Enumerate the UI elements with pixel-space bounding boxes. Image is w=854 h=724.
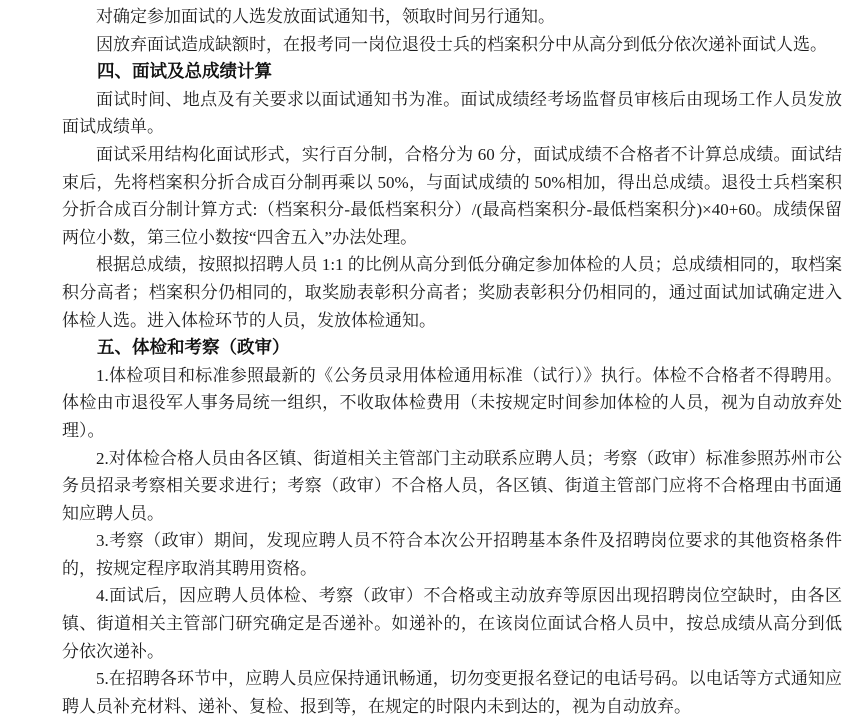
paragraph: 面试时间、地点及有关要求以面试通知书为准。面试成绩经考场监督员审核后由现场工作人… <box>62 86 842 141</box>
section-heading-physical-exam: 五、体检和考察（政审） <box>62 334 842 362</box>
paragraph: 3.考察（政审）期间，发现应聘人员不符合本次公开招聘基本条件及招聘岗位要求的其他… <box>62 527 842 582</box>
paragraph: 1.体检项目和标准参照最新的《公务员录用体检通用标准（试行）》执行。体检不合格者… <box>62 362 842 445</box>
document-page: 对确定参加面试的人选发放面试通知书，领取时间另行通知。 因放弃面试造成缺额时，在… <box>0 0 854 724</box>
paragraph: 2.对体检合格人员由各区镇、街道相关主管部门主动联系应聘人员；考察（政审）标准参… <box>62 445 842 528</box>
paragraph: 面试采用结构化面试形式，实行百分制，合格分为 60 分，面试成绩不合格者不计算总… <box>62 141 842 251</box>
paragraph: 因放弃面试造成缺额时，在报考同一岗位退役士兵的档案积分中从高分到低分依次递补面试… <box>62 31 842 59</box>
paragraph: 4.面试后，因应聘人员体检、考察（政审）不合格或主动放弃等原因出现招聘岗位空缺时… <box>62 582 842 665</box>
paragraph: 对确定参加面试的人选发放面试通知书，领取时间另行通知。 <box>62 3 842 31</box>
paragraph: 根据总成绩，按照拟招聘人员 1:1 的比例从高分到低分确定参加体检的人员；总成绩… <box>62 251 842 334</box>
paragraph: 5.在招聘各环节中，应聘人员应保持通讯畅通，切勿变更报名登记的电话号码。以电话等… <box>62 665 842 720</box>
section-heading-interview: 四、面试及总成绩计算 <box>62 58 842 86</box>
